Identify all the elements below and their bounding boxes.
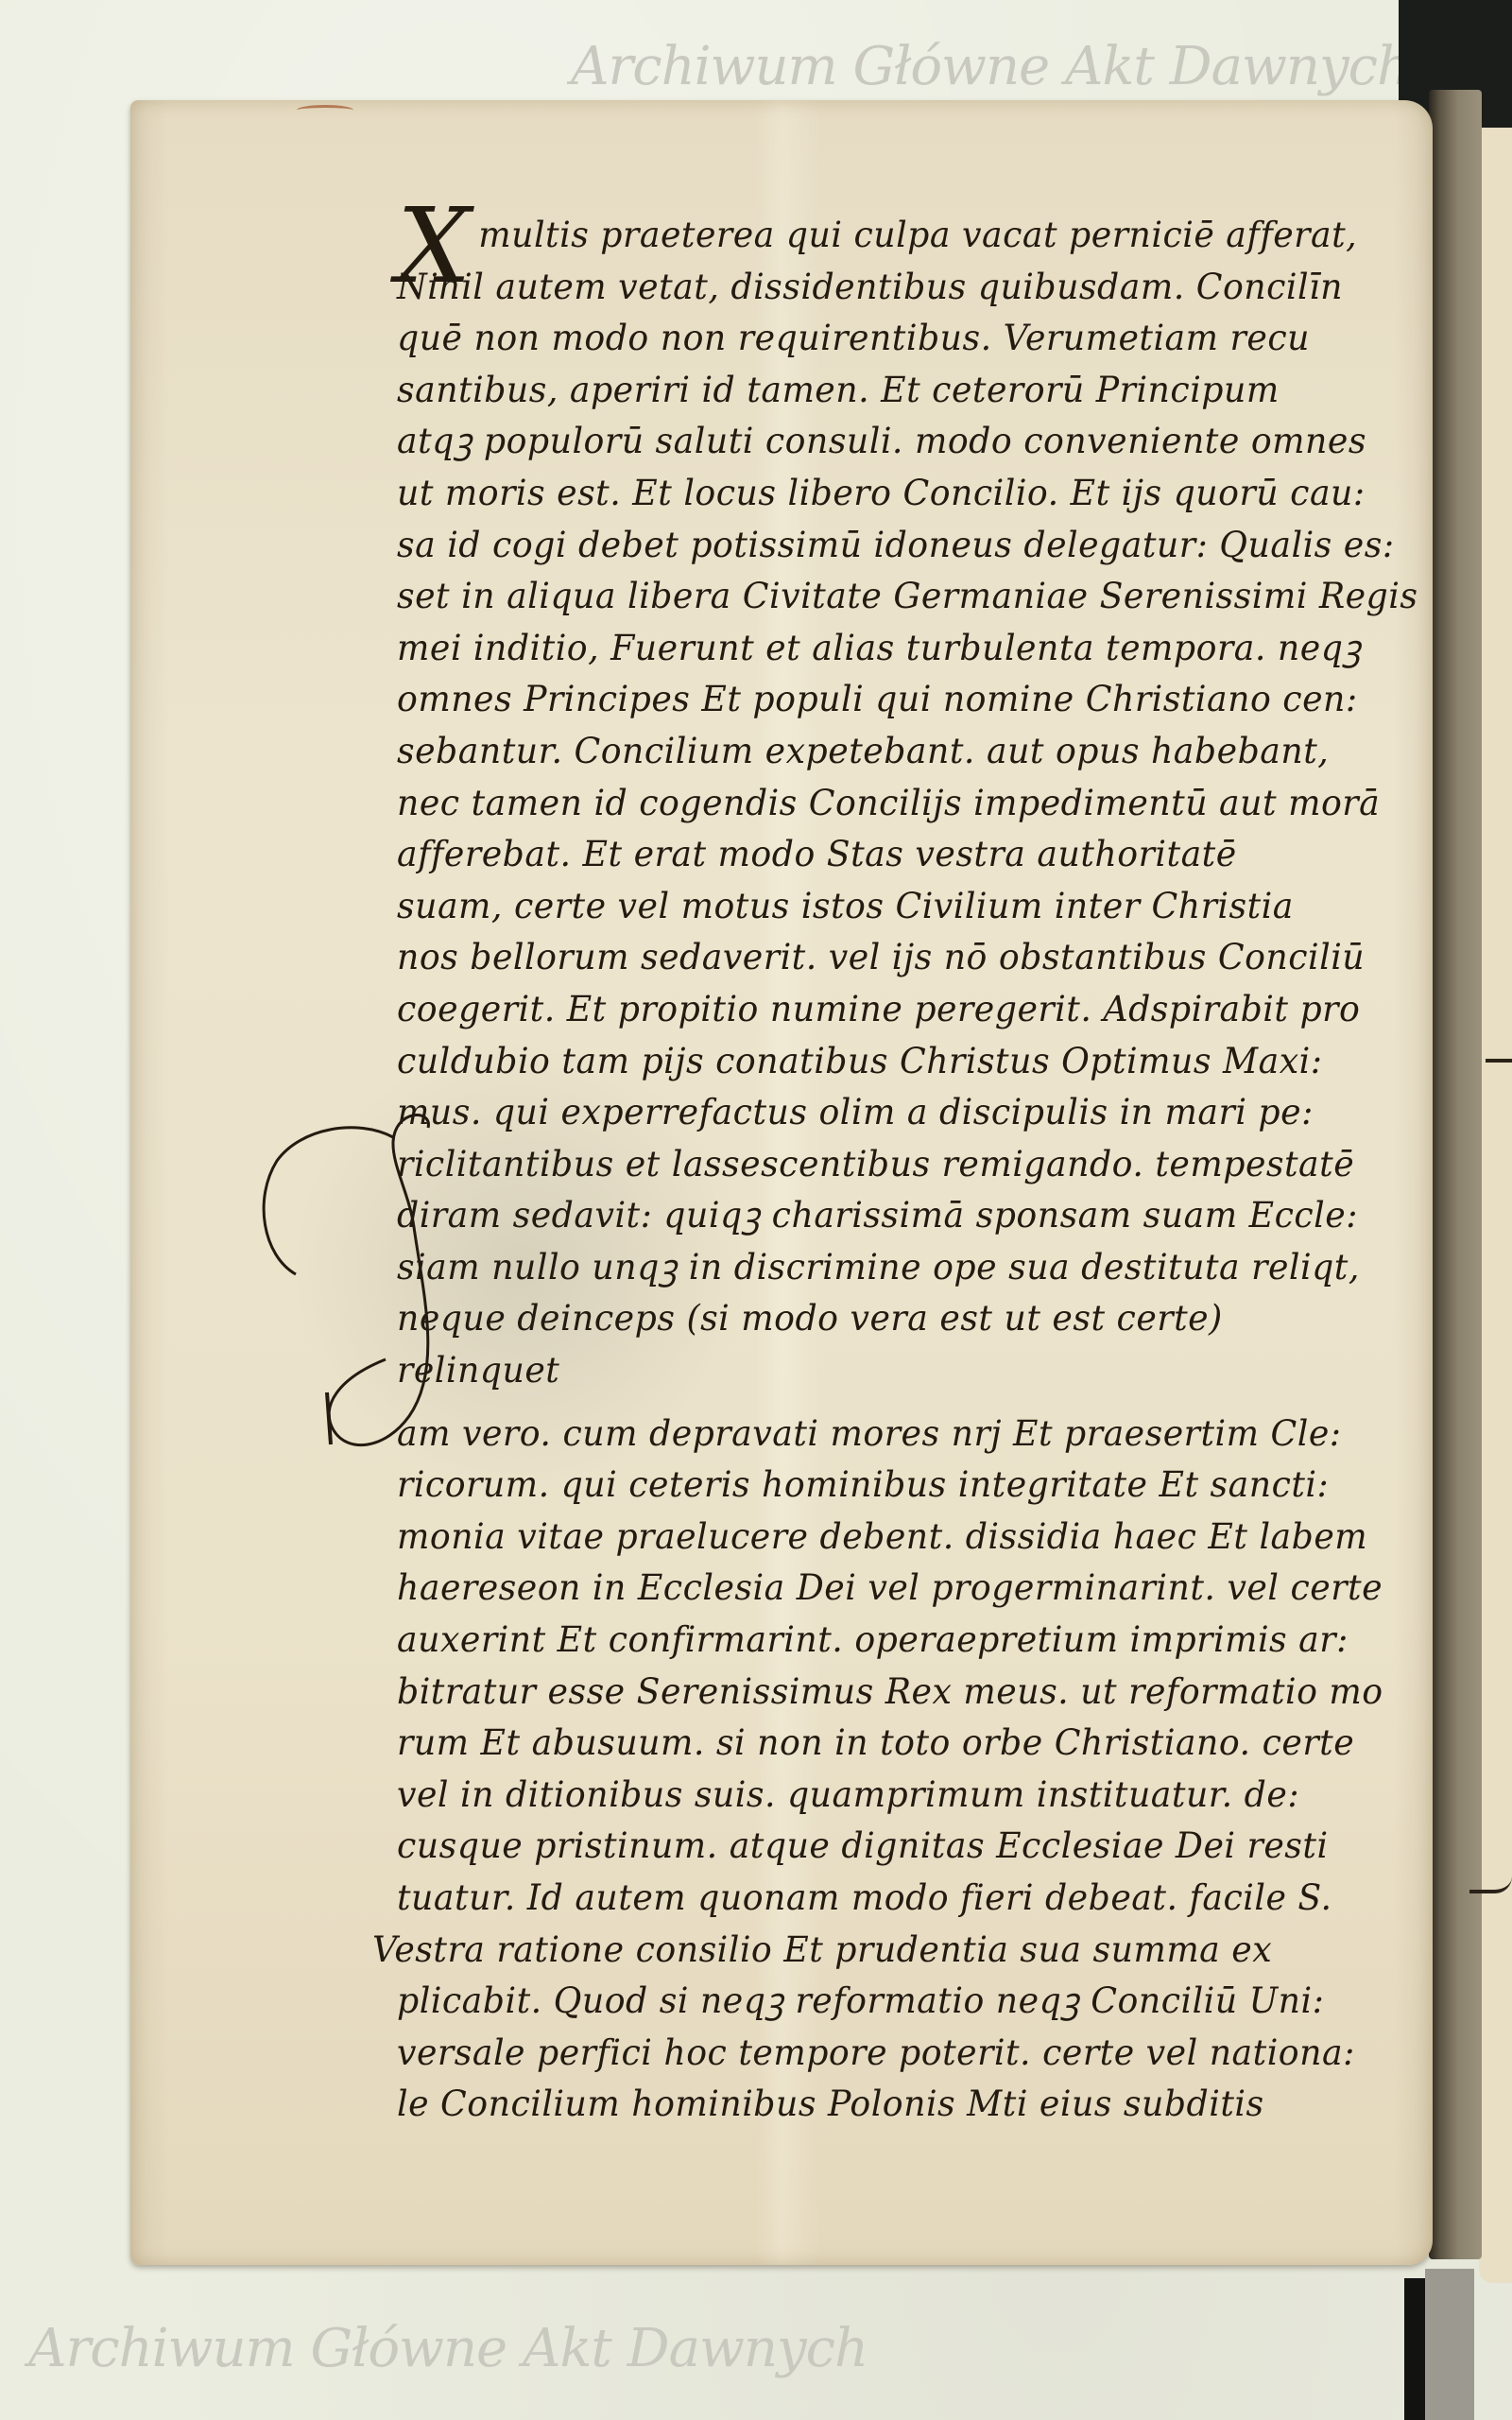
text-line: afferebat. Et erat modo Stas vestra auth… bbox=[397, 829, 1369, 881]
text-line: le Concilium hominibus Polonis Mti eius … bbox=[397, 2079, 1369, 2131]
text-line: am vero. cum depravati mores nrj Et prae… bbox=[397, 1409, 1369, 1461]
text-line: ut moris est. Et locus libero Concilio. … bbox=[397, 468, 1369, 520]
text-line: mei inditio, Fuerunt et alias turbulenta… bbox=[397, 623, 1369, 675]
book-gutter bbox=[1429, 90, 1482, 2259]
text-line: coegerit. Et propitio numine peregerit. … bbox=[397, 984, 1369, 1036]
text-line: set in aliqua libera Civitate Germaniae … bbox=[397, 571, 1369, 623]
text-line: auxerint Et confirmarint. operaepretium … bbox=[397, 1615, 1369, 1667]
text-line: suam, certe vel motus istos Civilium int… bbox=[397, 881, 1369, 933]
archive-watermark-bottom: Archiwum Główne Akt Dawnych bbox=[28, 2318, 868, 2379]
backing-board-bottom bbox=[1404, 2278, 1425, 2420]
text-line: haereseon in Ecclesia Dei vel progermina… bbox=[397, 1563, 1369, 1615]
text-line: tuatur. Id autem quonam modo fieri debea… bbox=[397, 1873, 1369, 1925]
text-line: mus. qui experrefactus olim a discipulis… bbox=[397, 1087, 1369, 1139]
adjacent-page-glyph bbox=[1486, 1059, 1512, 1148]
text-line: relinquet bbox=[397, 1345, 1369, 1397]
text-line: riclitantibus et lassescentibus remigand… bbox=[397, 1139, 1369, 1191]
text-line: plicabit. Quod si neqꝫ reformatio neqꝫ C… bbox=[397, 1976, 1369, 2028]
text-line: nec tamen id cogendis Concilijs impedime… bbox=[397, 778, 1369, 830]
manuscript-text: multis praeterea qui culpa vacat pernici… bbox=[397, 210, 1389, 2131]
text-line: neque deinceps (si modo vera est ut est … bbox=[397, 1293, 1369, 1345]
page-ink-mark bbox=[297, 105, 353, 115]
text-line: ricorum. qui ceteris hominibus integrita… bbox=[397, 1460, 1369, 1512]
text-line: culdubio tam pijs conatibus Christus Opt… bbox=[397, 1036, 1369, 1088]
text-line: vel in ditionibus suis. quamprimum insti… bbox=[397, 1770, 1369, 1822]
text-line: santibus, aperiri id tamen. Et ceterorū … bbox=[397, 365, 1369, 417]
backing-board-bottom-grey bbox=[1425, 2269, 1474, 2420]
text-line: monia vitae praelucere debent. dissidia … bbox=[397, 1512, 1369, 1564]
text-line: sebantur. Concilium expetebant. aut opus… bbox=[397, 726, 1369, 778]
text-line: omnes Principes Et populi qui nomine Chr… bbox=[397, 674, 1369, 726]
text-line: Vestra ratione consilio Et prudentia sua… bbox=[372, 1925, 1368, 1977]
text-line: Nihil autem vetat, dissidentibus quibusd… bbox=[397, 262, 1369, 314]
text-line: atqꝫ populorū saluti consuli. modo conve… bbox=[397, 416, 1369, 468]
text-line: quē non modo non requirentibus. Verumeti… bbox=[397, 313, 1369, 365]
text-line: siam nullo unqꝫ in discrimine ope sua de… bbox=[397, 1242, 1369, 1294]
text-line: nos bellorum sedaverit. vel ijs nō obsta… bbox=[397, 932, 1369, 984]
text-line: rum Et abusuum. si non in toto orbe Chri… bbox=[397, 1718, 1369, 1770]
text-line: multis praeterea qui culpa vacat pernici… bbox=[397, 210, 1369, 262]
text-line: cusque pristinum. atque dignitas Ecclesi… bbox=[397, 1821, 1369, 1873]
text-line: diram sedavit: quiqꝫ charissimā sponsam … bbox=[397, 1190, 1369, 1242]
text-line: versale perfici hoc tempore poterit. cer… bbox=[397, 2028, 1369, 2080]
archive-watermark-top: Archiwum Główne Akt Dawnych bbox=[571, 36, 1410, 97]
text-line: sa id cogi debet potissimū idoneus deleg… bbox=[397, 520, 1369, 572]
text-line: bitratur esse Serenissimus Rex meus. ut … bbox=[397, 1667, 1369, 1719]
adjacent-page bbox=[1479, 128, 1512, 2283]
